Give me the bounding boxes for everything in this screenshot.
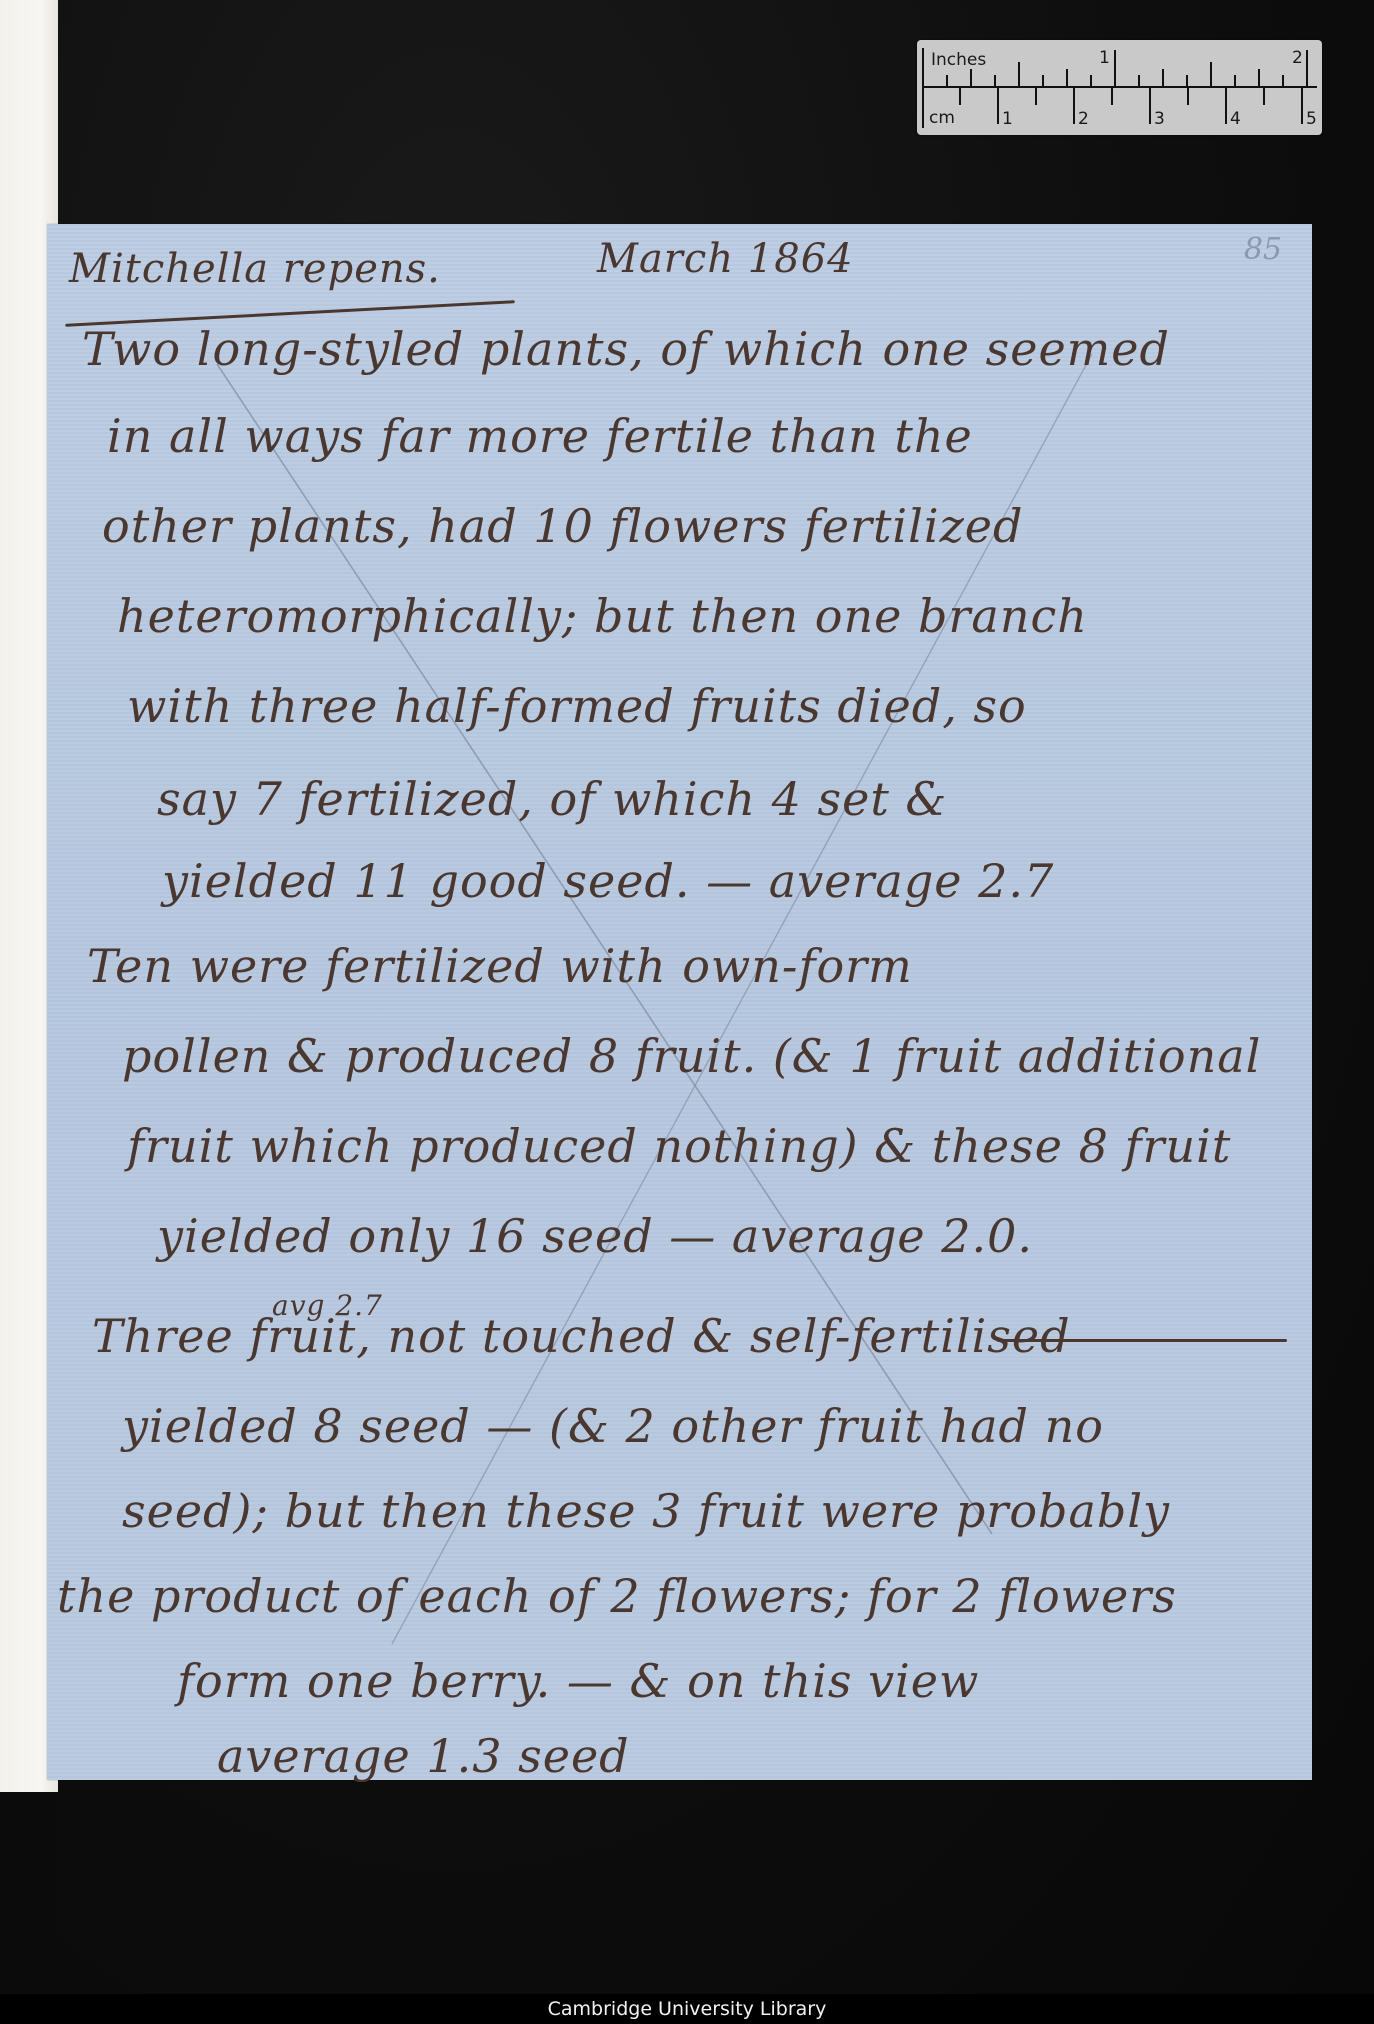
manuscript-line: Ten were fertilized with own-form <box>87 939 913 993</box>
self-fertilised-underline <box>997 1339 1287 1342</box>
ruler-inches-label: Inches <box>931 52 986 69</box>
manuscript-line: heteromorphically; but then one branch <box>117 589 1088 643</box>
manuscript-line: yielded 11 good seed. — average 2.7 <box>162 854 1054 908</box>
ruler-cm-label: cm <box>929 110 955 127</box>
ruler-cm-mark: 2 <box>1078 111 1089 128</box>
footer-credit: Cambridge University Library <box>0 1994 1374 2024</box>
scale-ruler: Inches 1 2 cm 1 2 3 4 5 <box>917 40 1322 135</box>
manuscript-page: 85 Mitchella repens. March 1864 Two long… <box>47 224 1312 1780</box>
manuscript-line: yielded only 16 seed — average 2.0. <box>157 1209 1033 1263</box>
ruler-cm-mark: 4 <box>1230 111 1241 128</box>
interlinear-note: avg 2.7 <box>272 1289 383 1322</box>
ruler-cm-mark: 5 <box>1306 111 1317 128</box>
manuscript-line: the product of each of 2 flowers; for 2 … <box>57 1569 1177 1623</box>
manuscript-line: in all ways far more fertile than the <box>107 409 973 463</box>
ruler-inch-mark: 2 <box>1292 50 1303 67</box>
manuscript-line: pollen & produced 8 fruit. (& 1 fruit ad… <box>122 1029 1261 1083</box>
manuscript-date: March 1864 <box>597 236 854 282</box>
manuscript-line: fruit which produced nothing) & these 8 … <box>127 1119 1231 1173</box>
manuscript-line: yielded 8 seed — (& 2 other fruit had no <box>122 1399 1104 1453</box>
ruler-cm-mark: 1 <box>1002 111 1013 128</box>
manuscript-line: with three half-formed fruits died, so <box>127 679 1027 733</box>
manuscript-line: say 7 fertilized, of which 4 set & <box>157 772 947 826</box>
folio-number: 85 <box>1244 232 1282 267</box>
ruler-cm-mark: 3 <box>1154 111 1165 128</box>
manuscript-line: Three fruit, not touched & self-fertilis… <box>92 1309 1071 1363</box>
ruler-inch-mark: 1 <box>1099 50 1110 67</box>
manuscript-line: form one berry. — & on this view <box>177 1654 979 1708</box>
manuscript-line: other plants, had 10 flowers fertilized <box>102 499 1023 553</box>
manuscript-line: seed); but then these 3 fruit were proba… <box>122 1484 1170 1538</box>
manuscript-line: average 1.3 seed <box>217 1729 630 1783</box>
manuscript-heading: Mitchella repens. <box>69 246 441 292</box>
manuscript-line: Two long-styled plants, of which one see… <box>82 322 1170 376</box>
